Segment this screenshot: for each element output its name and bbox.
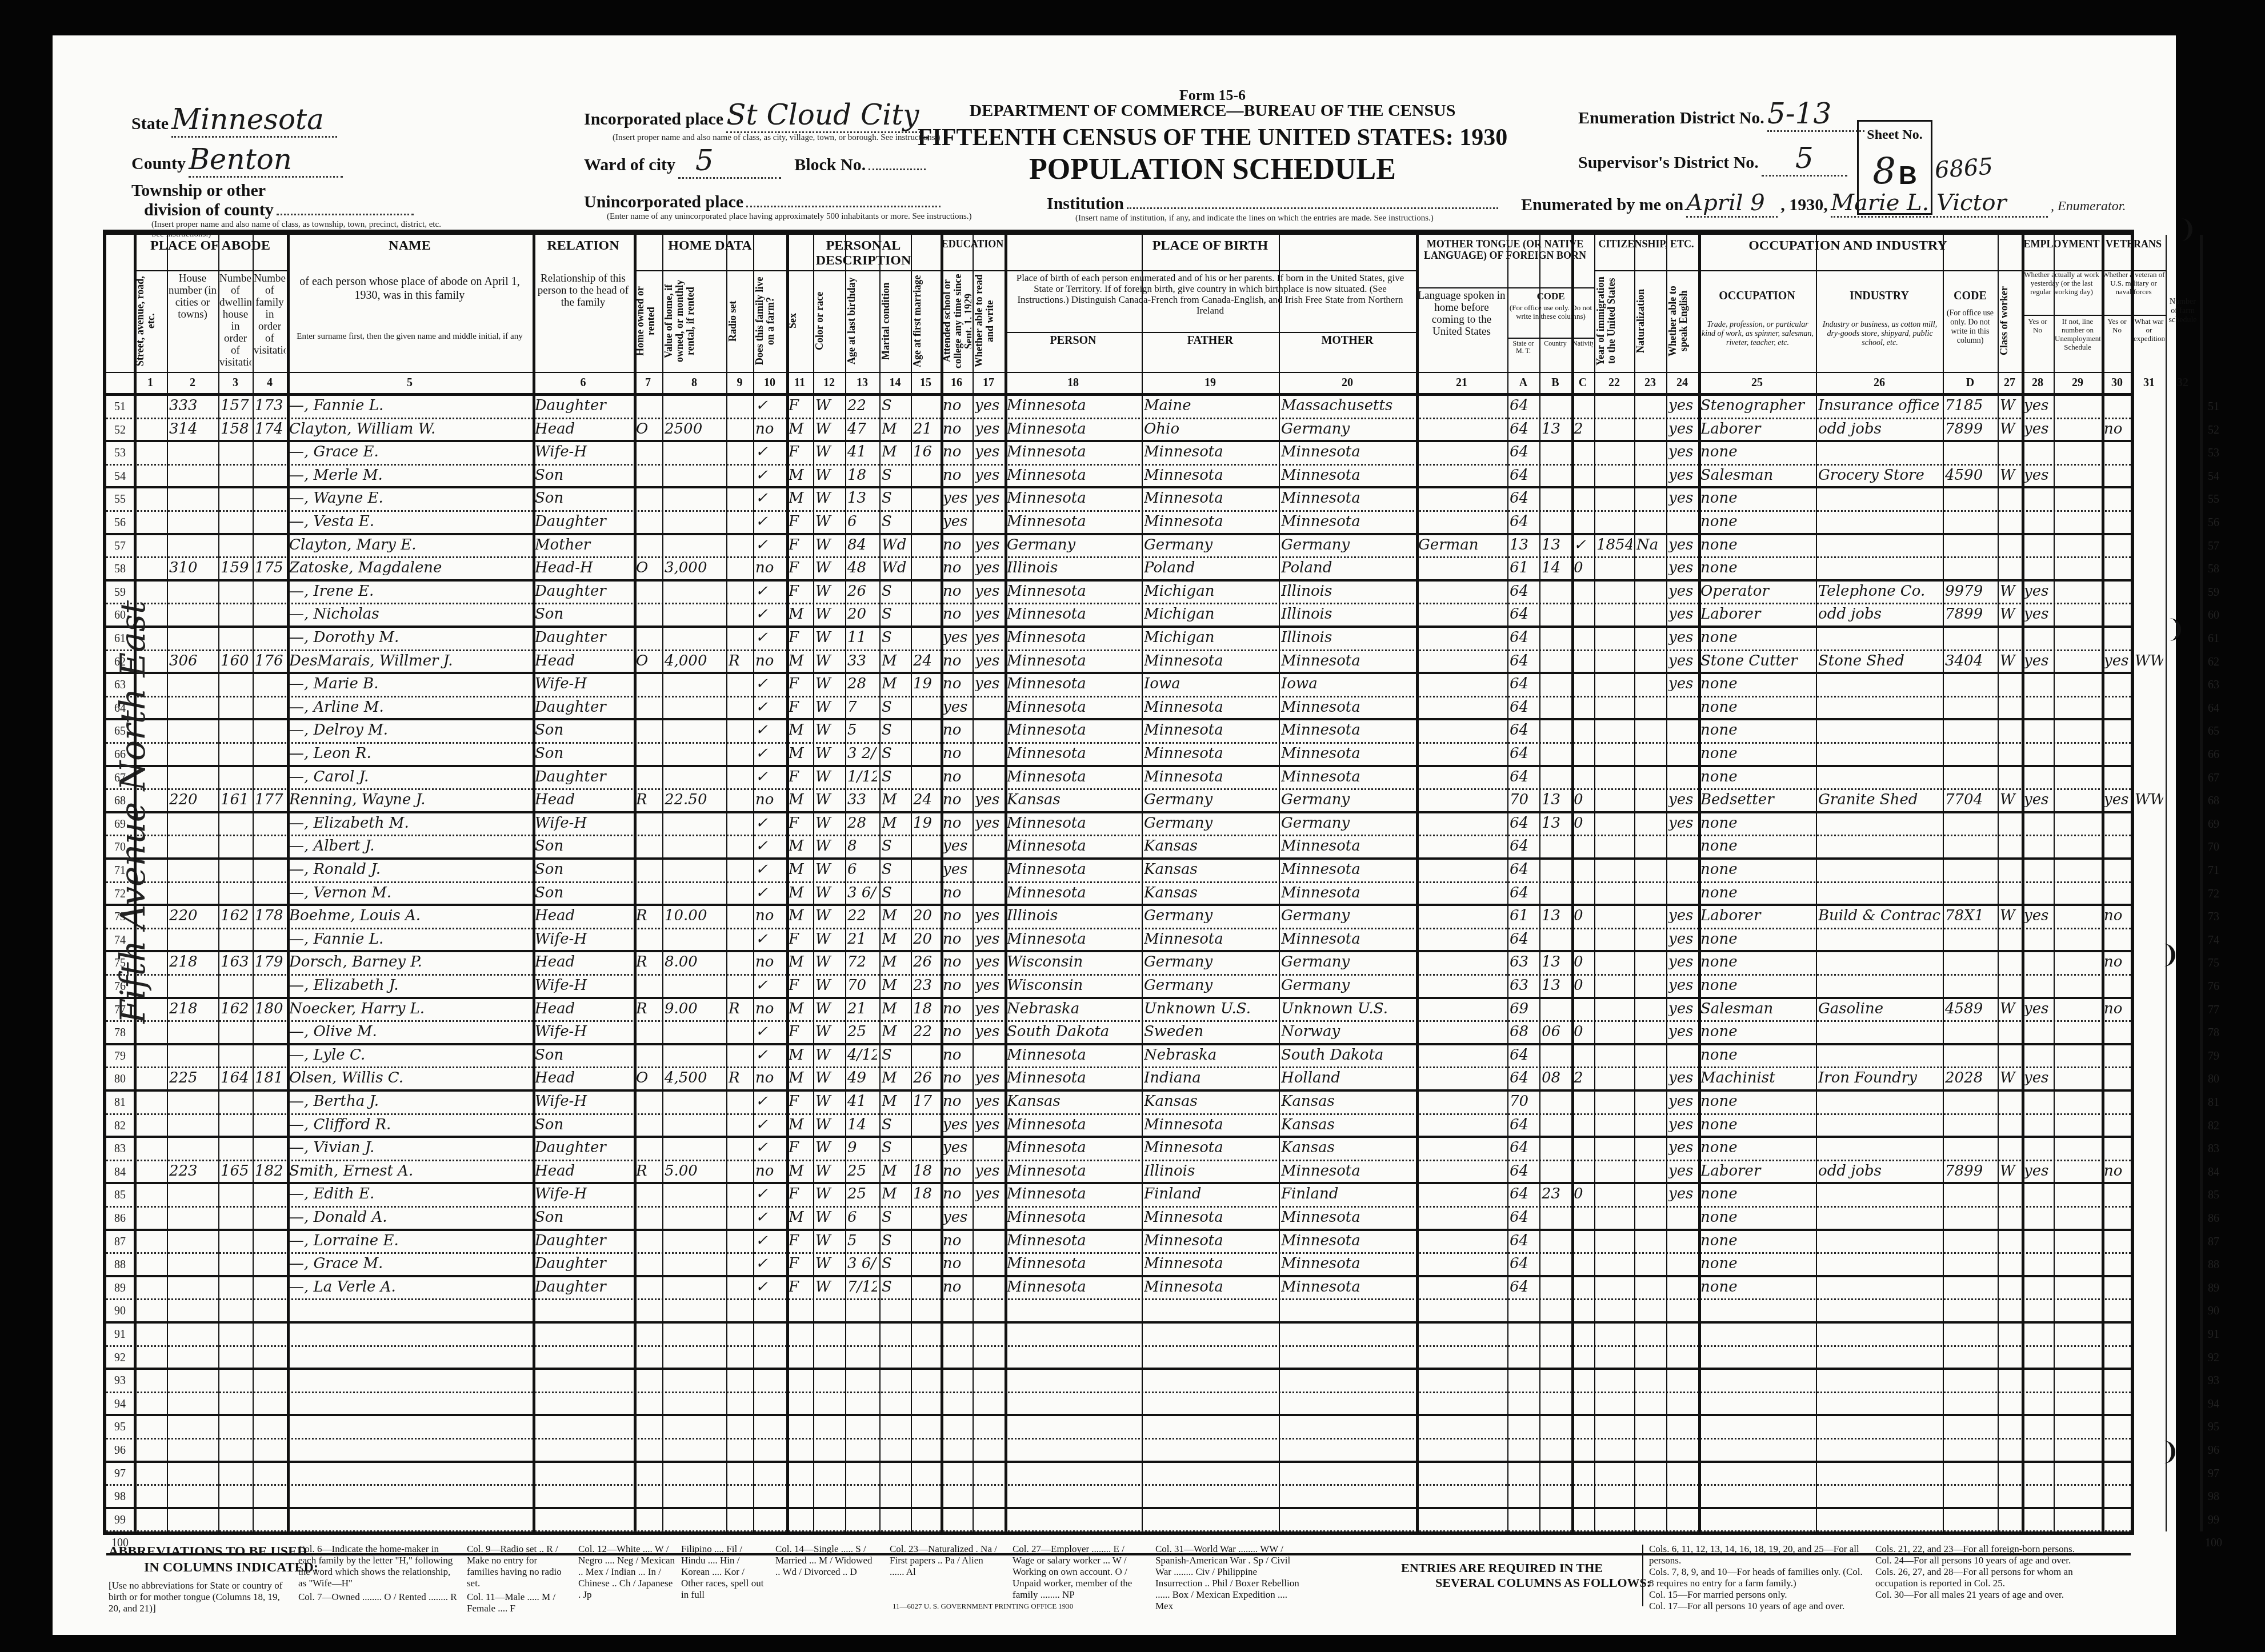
cell-industry[interactable]: odd jobs [1818, 606, 1940, 623]
cell-marital[interactable]: S [882, 1139, 909, 1156]
cell-farm[interactable]: ✓ [755, 1023, 784, 1040]
cell-school[interactable]: no [943, 420, 970, 438]
cell-code-b[interactable]: 06 [1542, 1023, 1569, 1040]
cell-race[interactable]: W [815, 977, 843, 994]
cell-age[interactable]: 26 [847, 583, 877, 600]
cell-vet[interactable]: no [2104, 1000, 2130, 1017]
cell-english[interactable]: yes [1668, 815, 1696, 832]
cell-birth-person[interactable]: Minnesota [1007, 1255, 1139, 1272]
cell-birth-mother[interactable]: Minnesota [1281, 745, 1414, 762]
cell-relation[interactable]: Son [535, 861, 631, 878]
cell-school[interactable]: yes [943, 861, 970, 878]
cell-name[interactable]: —, Delroy M. [289, 721, 530, 739]
cell-value[interactable]: 9.00 [665, 1000, 724, 1017]
cell-read[interactable]: yes [975, 815, 1002, 832]
cell-birth-father[interactable]: Minnesota [1144, 931, 1276, 948]
cell-school[interactable]: no [943, 884, 970, 901]
cell-farm[interactable]: no [755, 907, 784, 924]
cell-birth-person[interactable]: Kansas [1007, 1093, 1139, 1110]
cell-sex[interactable]: F [789, 443, 811, 460]
cell-sex[interactable]: M [789, 420, 811, 438]
cell-occupation[interactable]: none [1700, 721, 1814, 739]
cell-race[interactable]: W [815, 907, 843, 924]
cell-value[interactable]: 4,500 [665, 1069, 724, 1086]
cell-class[interactable]: W [2000, 907, 2019, 924]
cell-house[interactable]: 333 [169, 397, 216, 414]
cell-school[interactable]: yes [943, 837, 970, 855]
cell-age[interactable]: 9 [847, 1139, 877, 1156]
cell-name[interactable]: —, Ronald J. [289, 861, 530, 878]
cell-birth-father[interactable]: Minnesota [1144, 1139, 1276, 1156]
cell-immig[interactable]: 1854 [1596, 536, 1632, 554]
cell-birth-father[interactable]: Minnesota [1144, 652, 1276, 669]
cell-birth-father[interactable]: Indiana [1144, 1069, 1276, 1086]
cell-marital[interactable]: S [882, 629, 909, 646]
cell-relation[interactable]: Son [535, 1046, 631, 1064]
cell-birth-father[interactable]: Kansas [1144, 1093, 1276, 1110]
cell-age[interactable]: 41 [847, 443, 877, 460]
cell-birth-father[interactable]: Germany [1144, 953, 1276, 971]
cell-birth-father[interactable]: Germany [1144, 977, 1276, 994]
cell-code-a[interactable]: 64 [1510, 884, 1537, 901]
cell-birth-person[interactable]: Minnesota [1007, 606, 1139, 623]
cell-industry[interactable]: Grocery Store [1818, 467, 1940, 484]
cell-farm[interactable]: ✓ [755, 536, 784, 554]
cell-owned[interactable]: O [636, 420, 660, 438]
cell-emp[interactable]: yes [2024, 1000, 2051, 1017]
cell-occupation[interactable]: Salesman [1700, 1000, 1814, 1017]
cell-birth-mother[interactable]: Holland [1281, 1069, 1414, 1086]
cell-school[interactable]: yes [943, 699, 970, 716]
cell-dwelling[interactable]: 160 [221, 652, 250, 669]
cell-relation[interactable]: Daughter [535, 699, 631, 716]
cell-occupation[interactable]: none [1700, 861, 1814, 878]
cell-english[interactable]: yes [1668, 652, 1696, 669]
cell-english[interactable]: yes [1668, 559, 1696, 576]
cell-race[interactable]: W [815, 1162, 843, 1180]
cell-school[interactable]: no [943, 791, 970, 808]
cell-birth-mother[interactable]: Germany [1281, 815, 1414, 832]
cell-farm[interactable]: ✓ [755, 583, 784, 600]
cell-birth-person[interactable]: Minnesota [1007, 443, 1139, 460]
cell-race[interactable]: W [815, 675, 843, 692]
cell-school[interactable]: no [943, 721, 970, 739]
cell-code-b[interactable]: 13 [1542, 977, 1569, 994]
cell-code-d[interactable]: 7899 [1945, 606, 1995, 623]
cell-code-a[interactable]: 64 [1510, 931, 1537, 948]
cell-read[interactable]: yes [975, 443, 1002, 460]
cell-birth-person[interactable]: Minnesota [1007, 397, 1139, 414]
cell-code-d[interactable]: 7899 [1945, 420, 1995, 438]
cell-school[interactable]: no [943, 1162, 970, 1180]
cell-vet[interactable]: yes [2104, 652, 2130, 669]
cell-sex[interactable]: F [789, 536, 811, 554]
cell-birth-mother[interactable]: Illinois [1281, 606, 1414, 623]
cell-sex[interactable]: M [789, 606, 811, 623]
cell-english[interactable]: yes [1668, 1116, 1696, 1133]
cell-sex[interactable]: M [789, 1000, 811, 1017]
cell-birth-mother[interactable]: Minnesota [1281, 884, 1414, 901]
cell-occupation[interactable]: none [1700, 977, 1814, 994]
cell-name[interactable]: —, Vivian J. [289, 1139, 530, 1156]
cell-farm[interactable]: ✓ [755, 675, 784, 692]
cell-occupation[interactable]: Stone Cutter [1700, 652, 1814, 669]
cell-emp[interactable]: yes [2024, 907, 2051, 924]
cell-school[interactable]: no [943, 467, 970, 484]
cell-code-a[interactable]: 64 [1510, 768, 1537, 785]
cell-code-b[interactable]: 08 [1542, 1069, 1569, 1086]
cell-school[interactable]: no [943, 1023, 970, 1040]
cell-farm[interactable]: ✓ [755, 490, 784, 507]
cell-code-b[interactable]: 13 [1542, 815, 1569, 832]
cell-birth-person[interactable]: Wisconsin [1007, 977, 1139, 994]
cell-birth-person[interactable]: Minnesota [1007, 1209, 1139, 1226]
cell-birth-father[interactable]: Germany [1144, 815, 1276, 832]
cell-birth-father[interactable]: Minnesota [1144, 1255, 1276, 1272]
cell-marital[interactable]: S [882, 606, 909, 623]
cell-relation[interactable]: Head [535, 907, 631, 924]
cell-age-marriage[interactable]: 20 [913, 931, 938, 948]
cell-occupation[interactable]: none [1700, 1023, 1814, 1040]
cell-industry[interactable]: Stone Shed [1818, 652, 1940, 669]
cell-value[interactable]: 10.00 [665, 907, 724, 924]
cell-english[interactable]: yes [1668, 420, 1696, 438]
cell-birth-father[interactable]: Illinois [1144, 1162, 1276, 1180]
cell-code-a[interactable]: 64 [1510, 629, 1537, 646]
cell-farm[interactable]: no [755, 1162, 784, 1180]
cell-marital[interactable]: S [882, 699, 909, 716]
cell-sex[interactable]: F [789, 1093, 811, 1110]
cell-read[interactable]: yes [975, 1000, 1002, 1017]
cell-emp[interactable]: yes [2024, 583, 2051, 600]
cell-birth-person[interactable]: Minnesota [1007, 629, 1139, 646]
cell-school[interactable]: no [943, 931, 970, 948]
cell-code-d[interactable]: 7185 [1945, 397, 1995, 414]
cell-age[interactable]: 47 [847, 420, 877, 438]
cell-race[interactable]: W [815, 791, 843, 808]
cell-class[interactable]: W [2000, 606, 2019, 623]
cell-marital[interactable]: M [882, 931, 909, 948]
cell-birth-person[interactable]: Minnesota [1007, 1046, 1139, 1064]
cell-birth-mother[interactable]: Massachusetts [1281, 397, 1414, 414]
cell-birth-mother[interactable]: Germany [1281, 420, 1414, 438]
cell-family[interactable]: 180 [255, 1000, 285, 1017]
cell-farm[interactable]: ✓ [755, 745, 784, 762]
cell-relation[interactable]: Son [535, 606, 631, 623]
cell-birth-person[interactable]: Minnesota [1007, 721, 1139, 739]
cell-name[interactable]: —, Elizabeth J. [289, 977, 530, 994]
cell-marital[interactable]: M [882, 953, 909, 971]
cell-age[interactable]: 49 [847, 1069, 877, 1086]
cell-birth-father[interactable]: Minnesota [1144, 1232, 1276, 1249]
cell-relation[interactable]: Wife-H [535, 443, 631, 460]
cell-english[interactable]: yes [1668, 1023, 1696, 1040]
cell-code-d[interactable]: 78X1 [1945, 907, 1995, 924]
cell-marital[interactable]: M [882, 1093, 909, 1110]
cell-race[interactable]: W [815, 536, 843, 554]
cell-birth-father[interactable]: Germany [1144, 536, 1276, 554]
cell-farm[interactable]: no [755, 559, 784, 576]
cell-birth-mother[interactable]: Unknown U.S. [1281, 1000, 1414, 1017]
cell-industry[interactable]: Gasoline [1818, 1000, 1940, 1017]
cell-name[interactable]: —, Elizabeth M. [289, 815, 530, 832]
cell-birth-person[interactable]: Minnesota [1007, 513, 1139, 530]
cell-code-d[interactable]: 9979 [1945, 583, 1995, 600]
cell-code-c[interactable]: 0 [1574, 1185, 1592, 1202]
cell-birth-mother[interactable]: Minnesota [1281, 699, 1414, 716]
cell-industry[interactable]: Insurance office [1818, 397, 1940, 414]
cell-birth-father[interactable]: Minnesota [1144, 443, 1276, 460]
cell-code-a[interactable]: 64 [1510, 397, 1537, 414]
cell-farm[interactable]: ✓ [755, 1255, 784, 1272]
cell-read[interactable]: yes [975, 907, 1002, 924]
cell-sex[interactable]: F [789, 1139, 811, 1156]
cell-relation[interactable]: Head [535, 953, 631, 971]
cell-farm[interactable]: ✓ [755, 1209, 784, 1226]
cell-relation[interactable]: Head [535, 420, 631, 438]
cell-school[interactable]: no [943, 1046, 970, 1064]
cell-natur[interactable]: Na [1636, 536, 1664, 554]
cell-sex[interactable]: F [789, 513, 811, 530]
cell-occupation[interactable]: Laborer [1700, 606, 1814, 623]
cell-occupation[interactable]: none [1700, 1278, 1814, 1296]
cell-farm[interactable]: ✓ [755, 606, 784, 623]
cell-birth-mother[interactable]: Norway [1281, 1023, 1414, 1040]
cell-race[interactable]: W [815, 1139, 843, 1156]
cell-birth-mother[interactable]: Minnesota [1281, 1209, 1414, 1226]
cell-race[interactable]: W [815, 953, 843, 971]
cell-code-a[interactable]: 64 [1510, 583, 1537, 600]
cell-birth-father[interactable]: Michigan [1144, 583, 1276, 600]
cell-birth-father[interactable]: Maine [1144, 397, 1276, 414]
cell-marital[interactable]: S [882, 745, 909, 762]
cell-dwelling[interactable]: 162 [221, 907, 250, 924]
cell-name[interactable]: Olsen, Willis C. [289, 1069, 530, 1086]
cell-relation[interactable]: Son [535, 884, 631, 901]
cell-age[interactable]: 48 [847, 559, 877, 576]
cell-birth-person[interactable]: Minnesota [1007, 884, 1139, 901]
cell-age[interactable]: 28 [847, 815, 877, 832]
cell-code-a[interactable]: 70 [1510, 1093, 1537, 1110]
cell-code-c[interactable]: 0 [1574, 559, 1592, 576]
cell-code-a[interactable]: 64 [1510, 861, 1537, 878]
cell-birth-father[interactable]: Nebraska [1144, 1046, 1276, 1064]
cell-relation[interactable]: Head [535, 791, 631, 808]
cell-name[interactable]: —, Donald A. [289, 1209, 530, 1226]
cell-code-d[interactable]: 2028 [1945, 1069, 1995, 1086]
cell-occupation[interactable]: none [1700, 490, 1814, 507]
cell-code-d[interactable]: 3404 [1945, 652, 1995, 669]
cell-code-c[interactable]: 0 [1574, 1023, 1592, 1040]
cell-english[interactable]: yes [1668, 443, 1696, 460]
cell-name[interactable]: —, Vernon M. [289, 884, 530, 901]
cell-english[interactable]: yes [1668, 1093, 1696, 1110]
cell-birth-father[interactable]: Minnesota [1144, 721, 1276, 739]
cell-race[interactable]: W [815, 443, 843, 460]
cell-name[interactable]: —, Olive M. [289, 1023, 530, 1040]
cell-race[interactable]: W [815, 490, 843, 507]
cell-read[interactable]: yes [975, 977, 1002, 994]
cell-family[interactable]: 179 [255, 953, 285, 971]
cell-house[interactable]: 220 [169, 907, 216, 924]
cell-occupation[interactable]: none [1700, 629, 1814, 646]
cell-code-a[interactable]: 64 [1510, 1255, 1537, 1272]
cell-birth-father[interactable]: Minnesota [1144, 467, 1276, 484]
cell-sex[interactable]: M [789, 652, 811, 669]
cell-sex[interactable]: M [789, 907, 811, 924]
cell-birth-father[interactable]: Minnesota [1144, 490, 1276, 507]
cell-language[interactable]: German [1418, 536, 1505, 554]
cell-english[interactable]: yes [1668, 791, 1696, 808]
cell-code-a[interactable]: 64 [1510, 1069, 1537, 1086]
cell-birth-father[interactable]: Unknown U.S. [1144, 1000, 1276, 1017]
cell-marital[interactable]: S [882, 1046, 909, 1064]
cell-race[interactable]: W [815, 1209, 843, 1226]
cell-age-marriage[interactable]: 24 [913, 652, 938, 669]
cell-occupation[interactable]: none [1700, 699, 1814, 716]
cell-farm[interactable]: ✓ [755, 721, 784, 739]
cell-school[interactable]: yes [943, 629, 970, 646]
cell-relation[interactable]: Wife-H [535, 1185, 631, 1202]
cell-sex[interactable]: M [789, 861, 811, 878]
cell-relation[interactable]: Daughter [535, 768, 631, 785]
cell-birth-mother[interactable]: Minnesota [1281, 1278, 1414, 1296]
cell-code-a[interactable]: 13 [1510, 536, 1537, 554]
cell-farm[interactable]: ✓ [755, 397, 784, 414]
cell-sex[interactable]: M [789, 1162, 811, 1180]
cell-birth-mother[interactable]: Minnesota [1281, 1162, 1414, 1180]
cell-relation[interactable]: Son [535, 467, 631, 484]
cell-vet[interactable]: no [2104, 420, 2130, 438]
cell-family[interactable]: 182 [255, 1162, 285, 1180]
cell-age-marriage[interactable]: 23 [913, 977, 938, 994]
cell-marital[interactable]: M [882, 907, 909, 924]
cell-english[interactable]: yes [1668, 1000, 1696, 1017]
cell-house[interactable]: 310 [169, 559, 216, 576]
cell-occupation[interactable]: none [1700, 768, 1814, 785]
cell-code-a[interactable]: 63 [1510, 953, 1537, 971]
cell-age[interactable]: 33 [847, 652, 877, 669]
cell-birth-person[interactable]: Minnesota [1007, 861, 1139, 878]
cell-code-a[interactable]: 64 [1510, 652, 1537, 669]
cell-marital[interactable]: Wd [882, 536, 909, 554]
cell-class[interactable]: W [2000, 583, 2019, 600]
cell-sex[interactable]: M [789, 1046, 811, 1064]
cell-name[interactable]: —, Leon R. [289, 745, 530, 762]
cell-marital[interactable]: S [882, 837, 909, 855]
cell-read[interactable]: yes [975, 1116, 1002, 1133]
cell-age[interactable]: 33 [847, 791, 877, 808]
cell-relation[interactable]: Head [535, 1000, 631, 1017]
cell-birth-person[interactable]: Minnesota [1007, 931, 1139, 948]
cell-birth-person[interactable]: Nebraska [1007, 1000, 1139, 1017]
cell-marital[interactable]: M [882, 1069, 909, 1086]
cell-occupation[interactable]: Machinist [1700, 1069, 1814, 1086]
cell-race[interactable]: W [815, 1023, 843, 1040]
cell-farm[interactable]: ✓ [755, 1278, 784, 1296]
cell-english[interactable]: yes [1668, 1069, 1696, 1086]
cell-birth-mother[interactable]: Minnesota [1281, 467, 1414, 484]
cell-school[interactable]: no [943, 907, 970, 924]
cell-owned[interactable]: O [636, 652, 660, 669]
cell-marital[interactable]: M [882, 675, 909, 692]
cell-occupation[interactable]: Stenographer [1700, 397, 1814, 414]
cell-marital[interactable]: M [882, 443, 909, 460]
cell-age[interactable]: 13 [847, 490, 877, 507]
cell-age-marriage[interactable]: 19 [913, 815, 938, 832]
cell-age[interactable]: 25 [847, 1185, 877, 1202]
cell-farm[interactable]: ✓ [755, 1116, 784, 1133]
cell-birth-mother[interactable]: Germany [1281, 536, 1414, 554]
cell-race[interactable]: W [815, 583, 843, 600]
cell-relation[interactable]: Son [535, 837, 631, 855]
cell-code-a[interactable]: 64 [1510, 443, 1537, 460]
cell-relation[interactable]: Wife-H [535, 931, 631, 948]
cell-birth-mother[interactable]: Minnesota [1281, 490, 1414, 507]
cell-marital[interactable]: S [882, 1278, 909, 1296]
cell-age-marriage[interactable]: 21 [913, 420, 938, 438]
cell-birth-person[interactable]: Minnesota [1007, 490, 1139, 507]
cell-marital[interactable]: M [882, 420, 909, 438]
cell-race[interactable]: W [815, 884, 843, 901]
cell-name[interactable]: Smith, Ernest A. [289, 1162, 530, 1180]
cell-farm[interactable]: ✓ [755, 837, 784, 855]
cell-name[interactable]: DesMarais, Willmer J. [289, 652, 530, 669]
cell-code-a[interactable]: 64 [1510, 1162, 1537, 1180]
cell-name[interactable]: —, Grace E. [289, 443, 530, 460]
cell-birth-father[interactable]: Michigan [1144, 629, 1276, 646]
cell-birth-mother[interactable]: Finland [1281, 1185, 1414, 1202]
cell-english[interactable]: yes [1668, 606, 1696, 623]
cell-code-d[interactable]: 7899 [1945, 1162, 1995, 1180]
cell-relation[interactable]: Daughter [535, 513, 631, 530]
cell-owned[interactable]: R [636, 1000, 660, 1017]
cell-occupation[interactable]: Laborer [1700, 907, 1814, 924]
cell-race[interactable]: W [815, 1278, 843, 1296]
cell-birth-mother[interactable]: Germany [1281, 953, 1414, 971]
cell-age[interactable]: 3 2/12 [847, 745, 877, 762]
cell-occupation[interactable]: none [1700, 1185, 1814, 1202]
cell-farm[interactable]: ✓ [755, 699, 784, 716]
cell-birth-mother[interactable]: Poland [1281, 559, 1414, 576]
cell-relation[interactable]: Son [535, 1116, 631, 1133]
cell-occupation[interactable]: none [1700, 536, 1814, 554]
cell-relation[interactable]: Son [535, 490, 631, 507]
cell-code-a[interactable]: 64 [1510, 721, 1537, 739]
cell-relation[interactable]: Mother [535, 536, 631, 554]
cell-birth-father[interactable]: Finland [1144, 1185, 1276, 1202]
cell-race[interactable]: W [815, 397, 843, 414]
cell-race[interactable]: W [815, 559, 843, 576]
cell-sex[interactable]: M [789, 721, 811, 739]
cell-read[interactable]: yes [975, 606, 1002, 623]
cell-birth-father[interactable]: Poland [1144, 559, 1276, 576]
cell-industry[interactable]: odd jobs [1818, 420, 1940, 438]
cell-school[interactable]: no [943, 768, 970, 785]
cell-birth-mother[interactable]: Germany [1281, 977, 1414, 994]
cell-name[interactable]: —, Vesta E. [289, 513, 530, 530]
cell-race[interactable]: W [815, 837, 843, 855]
cell-relation[interactable]: Daughter [535, 1255, 631, 1272]
cell-war[interactable]: WW [2135, 791, 2163, 808]
cell-emp[interactable]: yes [2024, 420, 2051, 438]
cell-marital[interactable]: M [882, 1162, 909, 1180]
cell-war[interactable]: WW [2135, 652, 2163, 669]
cell-birth-father[interactable]: Minnesota [1144, 699, 1276, 716]
cell-age[interactable]: 41 [847, 1093, 877, 1110]
cell-school[interactable]: no [943, 977, 970, 994]
cell-dwelling[interactable]: 158 [221, 420, 250, 438]
